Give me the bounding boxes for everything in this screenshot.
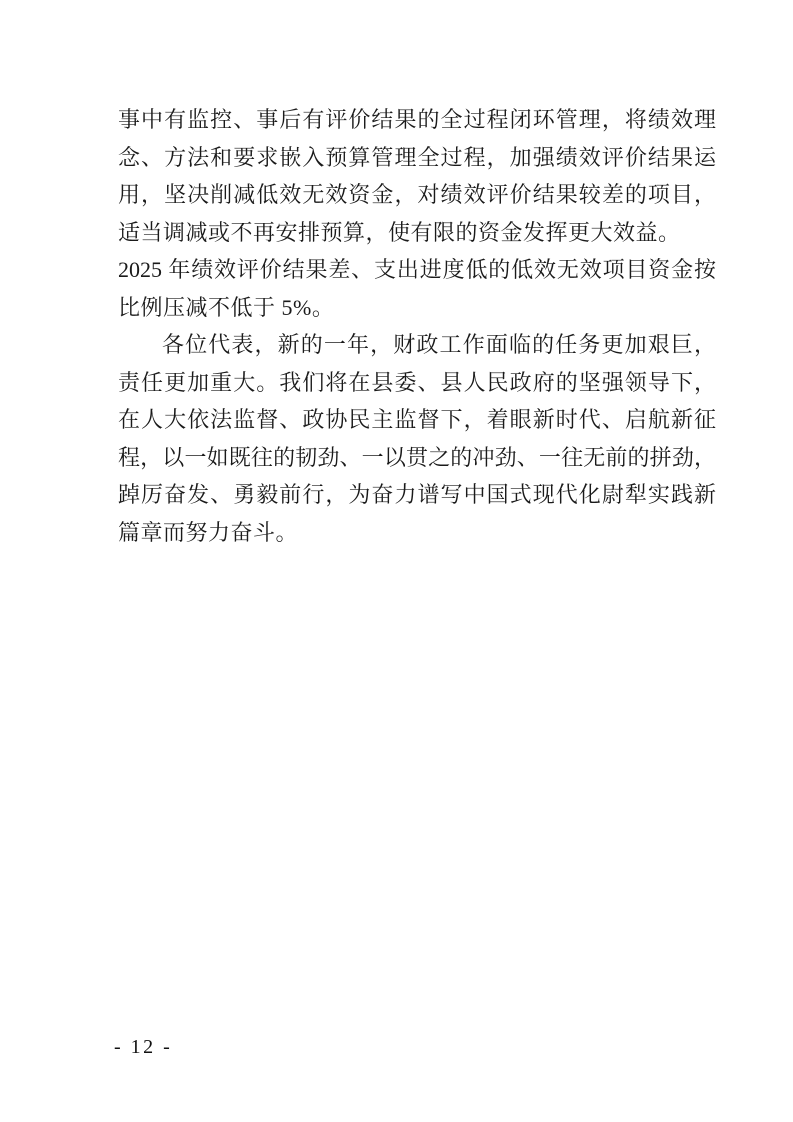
page-number: - 12 - [114, 1036, 172, 1058]
text-line: 事中有监控、事后有评价结果的全过程闭环管理，将绩效理 [118, 101, 716, 139]
text-line: 2025 年绩效评价结果差、支出进度低的低效无效项目资金按 [118, 251, 716, 289]
text-line: 念、方法和要求嵌入预算管理全过程，加强绩效评价结果运 [118, 139, 716, 177]
paragraph-closing-address: 各位代表，新的一年，财政工作面临的任务更加艰巨，责任更加重大。我们将在县委、县人… [118, 326, 716, 551]
text-line: 适当调减或不再安排预算，使有限的资金发挥更大效益。 [118, 214, 716, 252]
text-line: 责任更加重大。我们将在县委、县人民政府的坚强领导下， [118, 364, 716, 402]
text-line: 用，坚决削减低效无效资金，对绩效评价结果较差的项目， [118, 176, 716, 214]
text-line: 篇章而努力奋斗。 [118, 514, 716, 552]
text-line: 各位代表，新的一年，财政工作面临的任务更加艰巨， [118, 326, 716, 364]
text-line: 在人大依法监督、政协民主监督下，着眼新时代、启航新征 [118, 401, 716, 439]
paragraph-performance-budget-management: 事中有监控、事后有评价结果的全过程闭环管理，将绩效理念、方法和要求嵌入预算管理全… [118, 101, 716, 326]
text-line: 程，以一如既往的韧劲、一以贯之的冲劲、一往无前的拼劲， [118, 439, 716, 477]
page-footer: - 12 - [114, 1036, 172, 1059]
text-line: 踔厉奋发、勇毅前行，为奋力谱写中国式现代化尉犁实践新 [118, 476, 716, 514]
document-page: 事中有监控、事后有评价结果的全过程闭环管理，将绩效理念、方法和要求嵌入预算管理全… [0, 0, 793, 1122]
report-text-block: 事中有监控、事后有评价结果的全过程闭环管理，将绩效理念、方法和要求嵌入预算管理全… [118, 101, 716, 551]
text-line: 比例压减不低于 5%。 [118, 289, 716, 327]
